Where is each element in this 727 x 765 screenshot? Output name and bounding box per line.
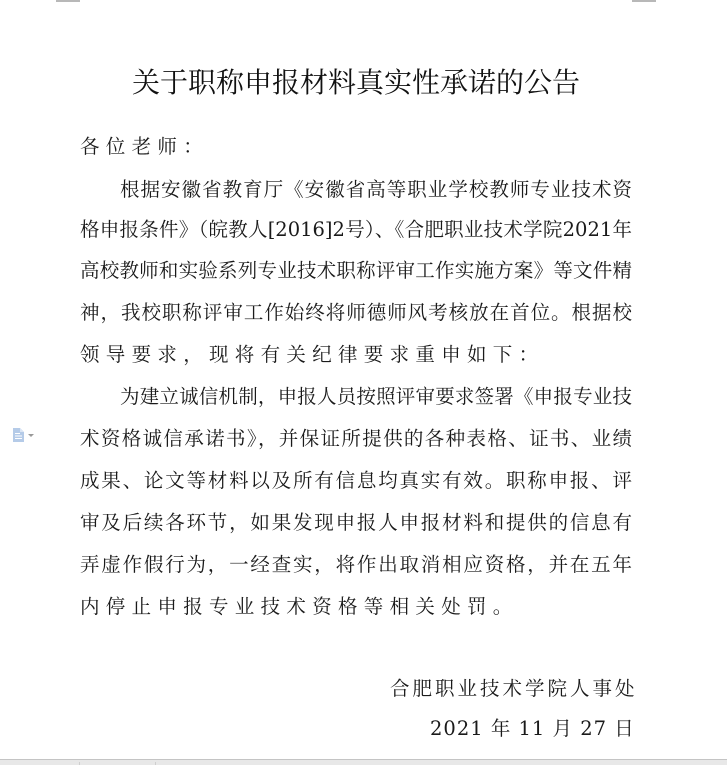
paragraph-1-line-1: 根据安徽省教育厅《安徽省高等职业学校教师专业技术资 — [120, 175, 632, 205]
salutation: 各位老师： — [80, 132, 632, 162]
page-corner-mark-right — [632, 0, 656, 2]
paragraph-2-line-1: 为建立诚信机制，申报人员按照评审要求签署《申报专业技 — [120, 382, 632, 412]
signature-organization: 合肥职业技术学院人事处 — [390, 674, 638, 704]
signature-date: 2021 年 11 月 27 日 — [430, 714, 635, 744]
paragraph-2-line-4: 审及后续各环节，如果发现申报人申报材料和提供的信息有 — [80, 508, 632, 538]
paragraph-1-line-2: 格申报条件》（皖教人[2016]2号）、《合肥职业技术学院2021年 — [80, 215, 632, 245]
paragraph-format-marker[interactable] — [13, 427, 37, 443]
document-title: 关于职称申报材料真实性承诺的公告 — [80, 63, 632, 103]
page-corner-mark-left — [56, 0, 80, 2]
paragraph-2-line-6: 内停止申报专业技术资格等相关处罚。 — [80, 592, 632, 622]
paragraph-2-line-5: 弄虚作假行为，一经查实，将作出取消相应资格，并在五年 — [80, 550, 632, 580]
status-bar — [0, 759, 727, 765]
paragraph-1-line-5: 领导要求，现将有关纪律要求重申如下： — [80, 340, 632, 370]
document-outline-icon — [13, 428, 24, 442]
paragraph-1-line-3: 高校教师和实验系列专业技术职称评审工作实施方案》等文件精 — [80, 256, 632, 286]
paragraph-2-line-2: 术资格诚信承诺书》，并保证所提供的各种表格、证书、业绩 — [80, 424, 632, 454]
paragraph-1-line-4: 神，我校职称评审工作始终将师德师风考核放在首位。根据校 — [80, 298, 632, 328]
paragraph-2-line-3: 成果、论文等材料以及所有信息均真实有效。职称申报、评 — [80, 466, 632, 496]
chevron-down-icon[interactable] — [28, 434, 34, 437]
